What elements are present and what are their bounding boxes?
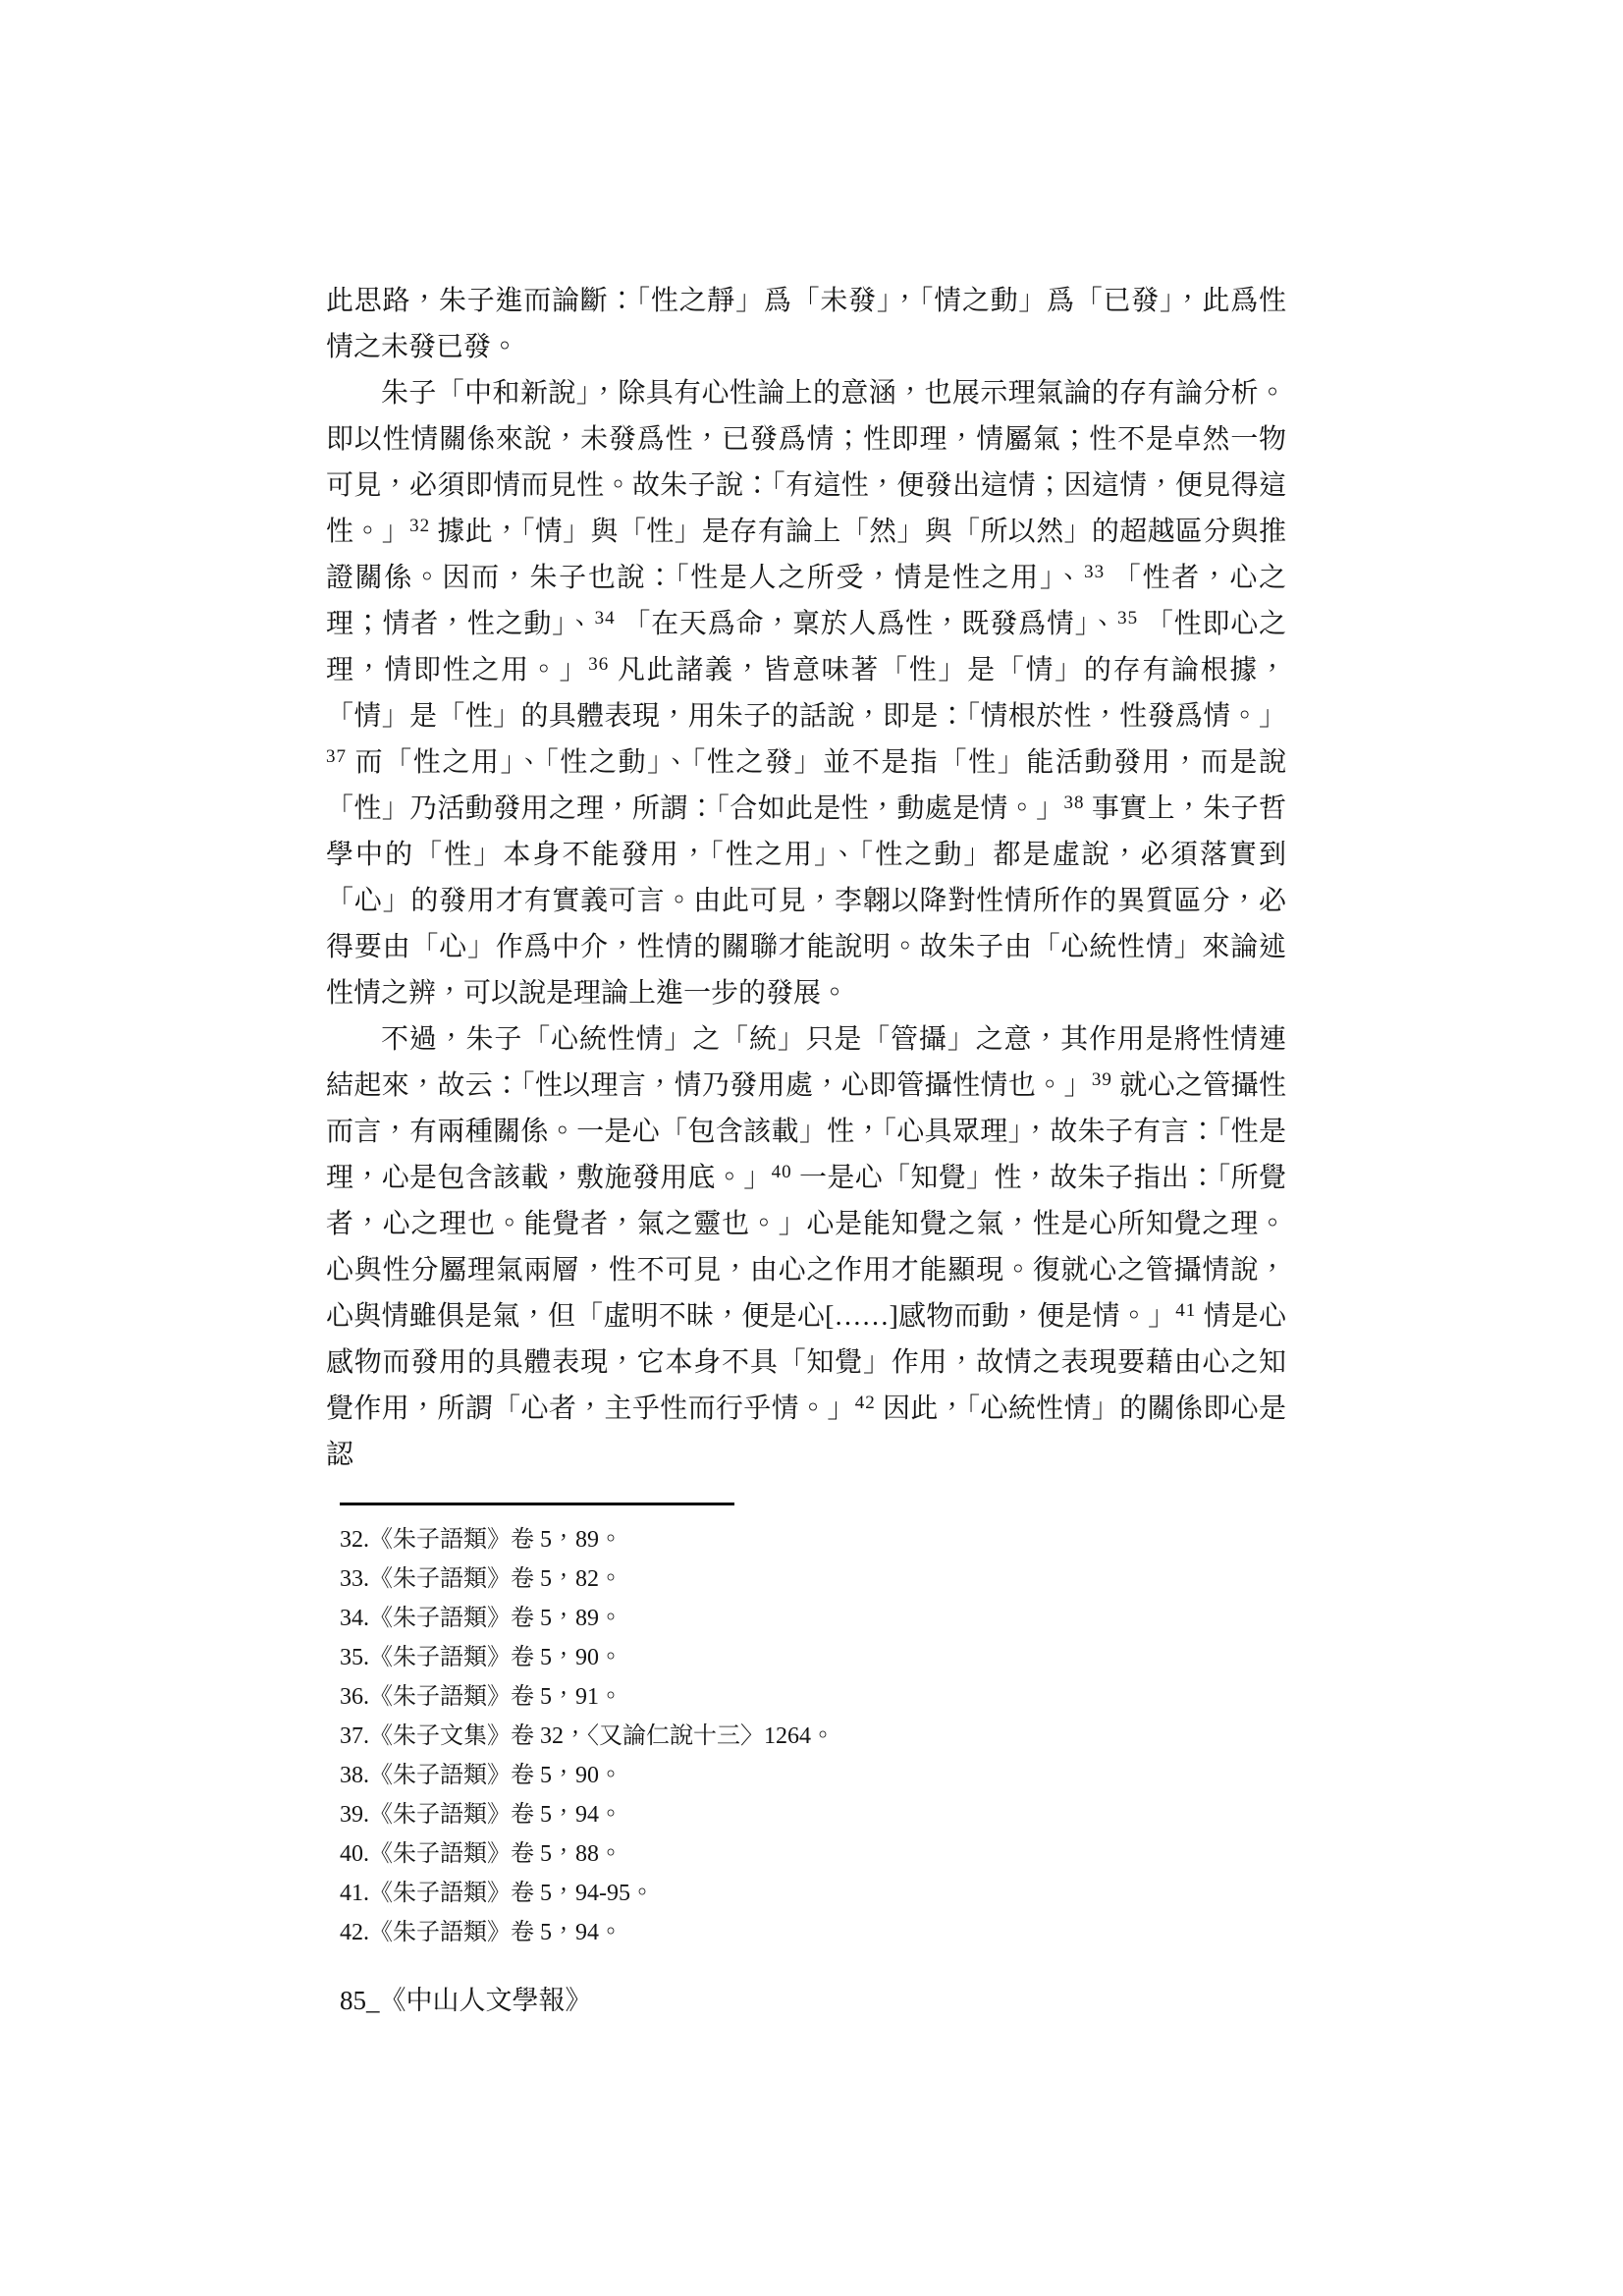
paragraph: 朱子「中和新說」，除具有心性論上的意涵，也展示理氣論的存有論分析。即以性情關係來… (326, 370, 1286, 1016)
footnote-reference: 36 (588, 654, 609, 675)
footnote-reference: 37 (326, 746, 347, 767)
footnote-reference: 35 (1117, 608, 1138, 629)
page-footer: 85_《中山人文學報》 (340, 1983, 592, 2018)
footnote-reference: 41 (1175, 1300, 1196, 1321)
footnote-reference: 42 (855, 1393, 876, 1413)
footnote-separator-rule (340, 1503, 734, 1505)
footnote-item: 39.《朱子語類》卷 5，94。 (340, 1795, 1282, 1834)
footnote-reference: 39 (1092, 1069, 1112, 1090)
footnote-item: 40.《朱子語類》卷 5，88。 (340, 1834, 1282, 1874)
paragraph: 不過，朱子「心統性情」之「統」只是「管攝」之意，其作用是將性情連結起來，故云：「… (326, 1016, 1286, 1478)
footnote-item: 41.《朱子語類》卷 5，94-95。 (340, 1874, 1282, 1913)
footnote-item: 33.《朱子語類》卷 5，82。 (340, 1559, 1282, 1599)
footnote-item: 42.《朱子語類》卷 5，94。 (340, 1913, 1282, 1952)
footnote-reference: 32 (409, 516, 430, 536)
article-body: 此思路，朱子進而論斷：「性之靜」爲「未發」，「情之動」爲「已發」，此爲性情之未發… (326, 278, 1286, 1478)
journal-page: 此思路，朱子進而論斷：「性之靜」爲「未發」，「情之動」爲「已發」，此爲性情之未發… (0, 0, 1623, 2296)
footnote-reference: 38 (1064, 793, 1085, 813)
footnote-reference: 33 (1084, 562, 1105, 582)
text-segment: 事實上，朱子哲學中的「性」本身不能發用，「性之用」、「性之動」都是虛說，必須落實… (326, 793, 1286, 1009)
footnote-item: 37.《朱子文集》卷 32，〈又論仁說十三〉1264。 (340, 1717, 1282, 1756)
footnote-item: 34.《朱子語類》卷 5，89。 (340, 1599, 1282, 1638)
footnotes-list: 32.《朱子語類》卷 5，89。33.《朱子語類》卷 5，82。34.《朱子語類… (340, 1520, 1282, 1952)
footnote-item: 36.《朱子語類》卷 5，91。 (340, 1677, 1282, 1717)
text-segment: 此思路，朱子進而論斷：「性之靜」爲「未發」，「情之動」爲「已發」，此爲性情之未發… (326, 286, 1286, 362)
footnote-item: 35.《朱子語類》卷 5，90。 (340, 1638, 1282, 1677)
footnote-reference: 40 (772, 1162, 792, 1182)
footnote-item: 38.《朱子語類》卷 5，90。 (340, 1756, 1282, 1795)
page-number-and-journal-title: 85_《中山人文學報》 (340, 1986, 592, 2015)
text-segment: 「在天爲命，稟於人爲性，既發爲情」、 (616, 609, 1118, 639)
paragraph: 此思路，朱子進而論斷：「性之靜」爲「未發」，「情之動」爲「已發」，此爲性情之未發… (326, 278, 1286, 370)
footnote-item: 32.《朱子語類》卷 5，89。 (340, 1520, 1282, 1559)
footnote-reference: 34 (595, 608, 616, 629)
